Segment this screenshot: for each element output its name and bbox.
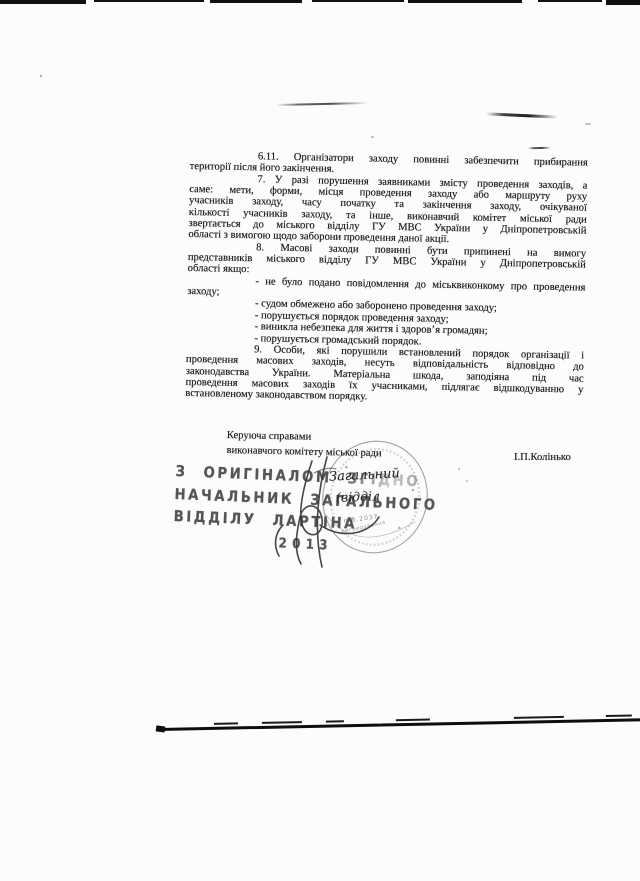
bottom-scan-line	[158, 718, 640, 728]
bottom-scan-dash	[606, 714, 632, 716]
scan-edge-artifact	[312, 0, 404, 2]
dust-speck	[458, 468, 460, 470]
scan-edge-artifact	[538, 0, 602, 2]
dust-speck	[40, 75, 42, 77]
bottom-scan-dash	[262, 721, 302, 724]
dust-speck	[371, 136, 374, 138]
document-text: 6.11. Організатори заходу повинні забезп…	[185, 150, 588, 407]
scan-edge-artifact	[408, 0, 522, 3]
signature-stroke	[270, 455, 400, 573]
bottom-scan-dash	[326, 720, 344, 722]
scan-edge-artifact	[0, 0, 86, 4]
scanned-page: п-б.2037 смгридування 6.11. Організатори…	[0, 0, 640, 881]
scan-edge-artifact	[606, 0, 640, 5]
ink-smudge	[486, 112, 558, 118]
scan-edge-artifact	[210, 0, 302, 3]
bottom-scan-dash	[514, 716, 564, 719]
ink-smudge	[528, 147, 551, 149]
ink-smudge	[276, 102, 368, 106]
scan-edge-artifact	[94, 0, 204, 2]
signer-name: І.П.Колінько	[514, 452, 571, 463]
bottom-scan-dash	[396, 719, 430, 721]
dust-speck	[585, 123, 591, 125]
bottom-scan-dash	[214, 722, 238, 724]
